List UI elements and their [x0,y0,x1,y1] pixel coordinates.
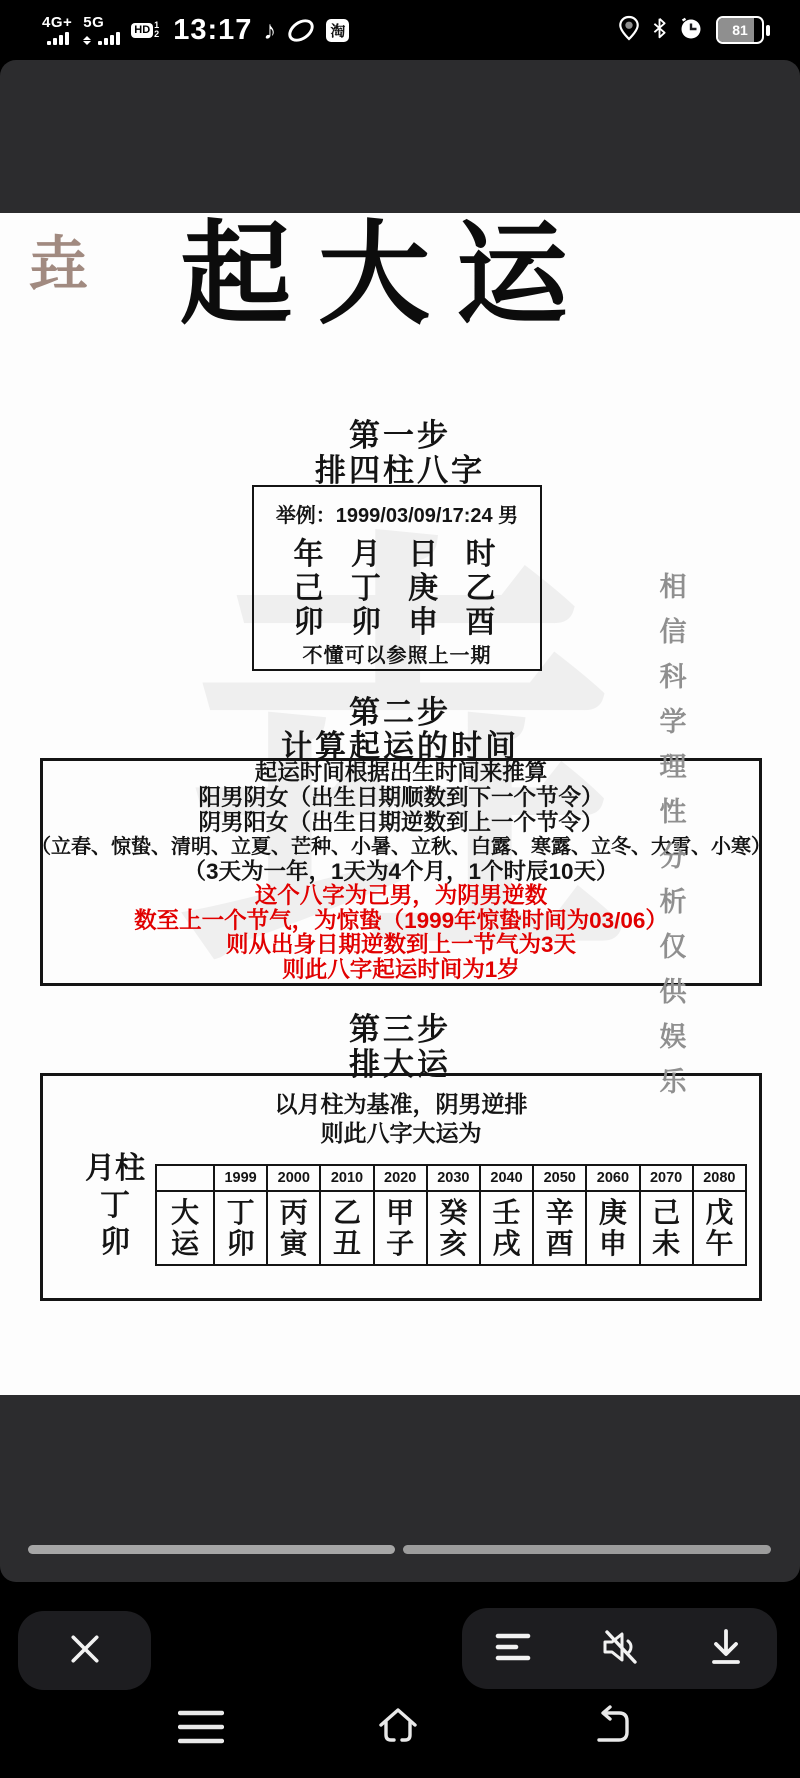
side-caption: 相信科学理性分析仅供娱乐 [655,565,691,1099]
step2-rule-line: 阳男阴女（出生日期顺数到下一个节令） [198,786,603,811]
dayun-year-cell: 2050 [533,1165,586,1191]
dayun-year-cell: 2020 [374,1165,427,1191]
dayun-year-cell: 2040 [480,1165,533,1191]
alarm-clock-icon [679,16,703,45]
signal-bars-icon [42,32,69,45]
battery-icon: 81 [716,16,770,44]
clock-time: 13:17 [173,14,252,47]
tiktok-note-icon: ♪ [263,17,276,43]
back-arrow-icon [588,1704,634,1749]
mute-button[interactable] [597,1624,643,1673]
dayun-table: 1999200020102020203020402050206020702080… [155,1164,747,1266]
dayun-pillar-cell: 壬戌 [480,1191,533,1265]
month-pillar-branch: 卯 [71,1224,159,1261]
playlist-button[interactable] [490,1624,536,1673]
taobao-icon: 淘 [326,19,349,42]
dayun-pillars-row: 大 运 丁卯丙寅乙丑甲子癸亥壬戌辛酉庚申己未戊午 [156,1191,746,1265]
close-button[interactable] [18,1611,151,1690]
dayun-year-cell: 2080 [693,1165,746,1191]
hd-sim-denominator: 2 [154,30,159,39]
step2-box: 起运时间根据出生时间来推算阳男阴女（出生日期顺数到下一个节令）阴男阳女（出生日期… [40,758,762,986]
dayun-pillar-cell: 丙寅 [267,1191,320,1265]
step1-subheading: 排四柱八字 [0,445,800,490]
phone-screen: 4G+ 5G HD 1 2 13:17 ♪ 淘 [0,0,800,1778]
recents-button[interactable] [178,1708,224,1751]
battery-percent: 81 [732,22,748,38]
hd-chip: HD [131,23,153,38]
dayun-pillar-cell: 辛酉 [533,1191,586,1265]
close-icon [69,1633,101,1668]
dayun-blank-cell [156,1165,214,1191]
network-5g-label: 5G [83,15,104,30]
muted-speaker-icon [597,1624,643,1673]
status-bar: 4G+ 5G HD 1 2 13:17 ♪ 淘 [0,0,800,60]
location-icon [618,15,640,46]
step2-rule-line: 起运时间根据出生时间来推算 [255,761,548,786]
dayun-year-cell: 2030 [427,1165,480,1191]
dayun-pillar-cell: 庚申 [586,1191,639,1265]
earthly-branches-row: 卯 卯 申 酉 [254,597,540,641]
battery-nub [766,25,770,36]
status-bar-right: 81 [618,15,770,46]
media-controls [462,1608,777,1689]
step3-box: 以月柱为基准，阴男逆排 则此八字大运为 月柱 丁 卯 1999200020102… [40,1073,762,1301]
dayun-pillar-cell: 癸亥 [427,1191,480,1265]
menu-lines-icon [178,1708,224,1751]
video-progress-segment-1[interactable] [28,1545,395,1554]
dayun-intro-line2: 则此八字大运为 [43,1115,759,1148]
data-arrows-icon [83,36,91,45]
step2-conclusion-line: 则从出身日期逆数到上一节气为3天 [226,933,576,958]
step2-rule-line: 阴男阳女（出生日期逆数到上一个节令） [198,811,603,836]
home-icon [374,1702,422,1749]
back-button[interactable] [588,1704,634,1749]
signal-5g-icon: 5G [83,15,120,45]
step2-conclusion-line: 数至上一个节气，为惊蛰（1999年惊蛰时间为03/06） [134,909,668,934]
ring-icon [284,14,318,46]
signal-bars-icon [93,32,120,45]
step1-example-box: 举例：1999/03/09/17:24 男 年 月 日 时 己 丁 庚 乙 卯 … [252,485,542,671]
dayun-year-cell: 2060 [586,1165,639,1191]
month-pillar-label: 月柱 丁 卯 [71,1150,159,1261]
month-pillar-stem: 丁 [71,1187,159,1224]
bluetooth-icon [653,17,666,44]
download-button[interactable] [703,1624,749,1673]
dayun-pillar-cell: 甲子 [374,1191,427,1265]
step2-conclusion-line: 这个八字为己男，为阴男逆数 [255,884,548,909]
signal-4g-icon: 4G+ [42,15,72,45]
step2-rule-line: （3天为一年，1天为4个月，1个时辰10天） [183,860,618,885]
dayun-row-label: 大 运 [156,1191,214,1265]
list-lines-icon [490,1624,536,1673]
volte-hd-icon: HD 1 2 [131,21,159,39]
dayun-year-cell: 2000 [267,1165,320,1191]
network-4g-label: 4G+ [42,15,72,30]
reference-note: 不懂可以参照上一期 [254,639,540,668]
poster-image: 垚 垚 起大运 第一步 排四柱八字 举例：1999/03/09/17:24 男 … [0,213,800,1395]
month-pillar-title: 月柱 [71,1150,159,1187]
video-progress-segment-2[interactable] [403,1545,771,1554]
dayun-year-cell: 1999 [214,1165,267,1191]
dayun-pillar-cell: 己未 [640,1191,693,1265]
dayun-year-cell: 2070 [640,1165,693,1191]
dayun-pillar-cell: 戊午 [693,1191,746,1265]
dayun-years-row: 1999200020102020203020402050206020702080 [156,1165,746,1191]
download-icon [703,1624,749,1673]
video-player[interactable]: 垚 垚 起大运 第一步 排四柱八字 举例：1999/03/09/17:24 男 … [0,60,800,1582]
dayun-pillar-cell: 丁卯 [214,1191,267,1265]
step2-conclusion-line: 则此八字起运时间为1岁 [282,958,520,983]
poster-title: 起大运 [0,213,787,341]
home-button[interactable] [374,1702,422,1749]
dayun-year-cell: 2010 [320,1165,373,1191]
status-bar-left: 4G+ 5G HD 1 2 13:17 ♪ 淘 [42,14,349,47]
dayun-pillar-cell: 乙丑 [320,1191,373,1265]
example-birth-data: 举例：1999/03/09/17:24 男 [254,499,540,528]
